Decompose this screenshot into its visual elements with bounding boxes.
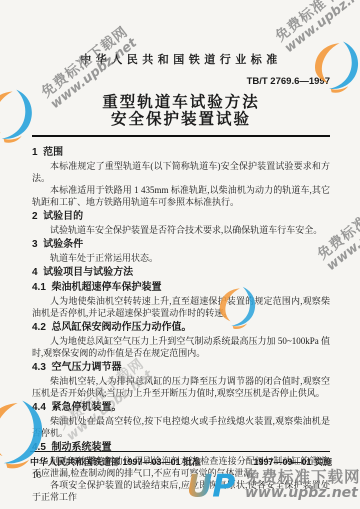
- section-2-paragraph: 试验轨道车安全保护装置是否符合技术要求,以确保轨道车行车安全。: [32, 224, 330, 236]
- document-title-line2: 安全保护装置试验: [32, 111, 330, 128]
- section-4-5-heading: 4.5 制动系统装置: [32, 442, 330, 454]
- document-title-line1: 重型轨道车试验方法: [32, 94, 330, 111]
- section-3-heading: 3 试验条件: [32, 239, 330, 251]
- section-4-2-heading: 4.2 总风缸保安阀动作压力动作值。: [32, 322, 330, 334]
- footer-implementation-date: 1997—09—01 实施: [253, 456, 332, 468]
- section-4-3-heading: 4.3 空气压力调节器: [32, 362, 330, 374]
- section-4-2-paragraph: 人为地使总风缸空气压力上升到空气制动系统最高压力加 50~100kPa 值时,观…: [32, 335, 330, 359]
- section-4-4-paragraph: 柴油机处在最高空转位,按下电控熄火或手拉线熄火装置,观察柴油机是否停机。: [32, 415, 330, 439]
- section-4-heading: 4 试验项目与试验方法: [32, 267, 330, 279]
- section-4-4-heading: 4.4 紧急停机装置。: [32, 402, 330, 414]
- standard-org-header: 中华人民共和国铁道行业标准: [32, 54, 330, 67]
- footer: 中华人民共和国铁道部 1997—03—01 批准 1997—09—01 实施: [30, 456, 332, 468]
- footer-divider: [30, 451, 330, 452]
- section-4-1-paragraph: 人为地使柴油机空转转速上升,直至超速保护装置的规定范围内,观察柴油机是否停机,并…: [32, 295, 330, 319]
- document-content: 中华人民共和国铁道行业标准 TB/T 2769.6—1997 重型轨道车试验方法…: [0, 0, 360, 503]
- section-2-heading: 2 试验目的: [32, 211, 330, 223]
- section-4-1-heading: 4.1 柴油机超速停车保护装置: [32, 282, 330, 294]
- section-1-paragraph: 本标准适用于铁路用 1 435mm 标准轨距,以柴油机为动力的轨道车,其它轨距和…: [32, 184, 330, 208]
- footer-approved-by: 中华人民共和国铁道部 1997—03—01 批准: [30, 456, 201, 468]
- standard-number: TB/T 2769.6—1997: [32, 76, 330, 88]
- title-divider: [32, 135, 330, 137]
- section-4-3-paragraph: 柴油机空转,人为排掉总风缸的压力降至压力调节器的闭合值时,观察空压机是否开始供风…: [32, 375, 330, 399]
- section-1-heading: 1 范围: [32, 147, 330, 159]
- section-3-paragraph: 轨道车处于正常运用状态。: [32, 252, 330, 264]
- section-1-paragraph: 本标准规定了重型轨道车(以下简称轨道车)安全保护装置试验要求和方法。: [32, 160, 330, 184]
- closing-paragraph: 各项安全保护装置的试验结束后,应立即恢复原状,使各安全保护装置处于正常工作: [32, 479, 330, 503]
- document-title: 重型轨道车试验方法 安全保护装置试验: [32, 94, 330, 128]
- page-number: 16: [32, 470, 41, 480]
- document-page: 免费标准下载网 www.upbz.net 免费标准下载网 www.upbz.ne…: [0, 0, 360, 509]
